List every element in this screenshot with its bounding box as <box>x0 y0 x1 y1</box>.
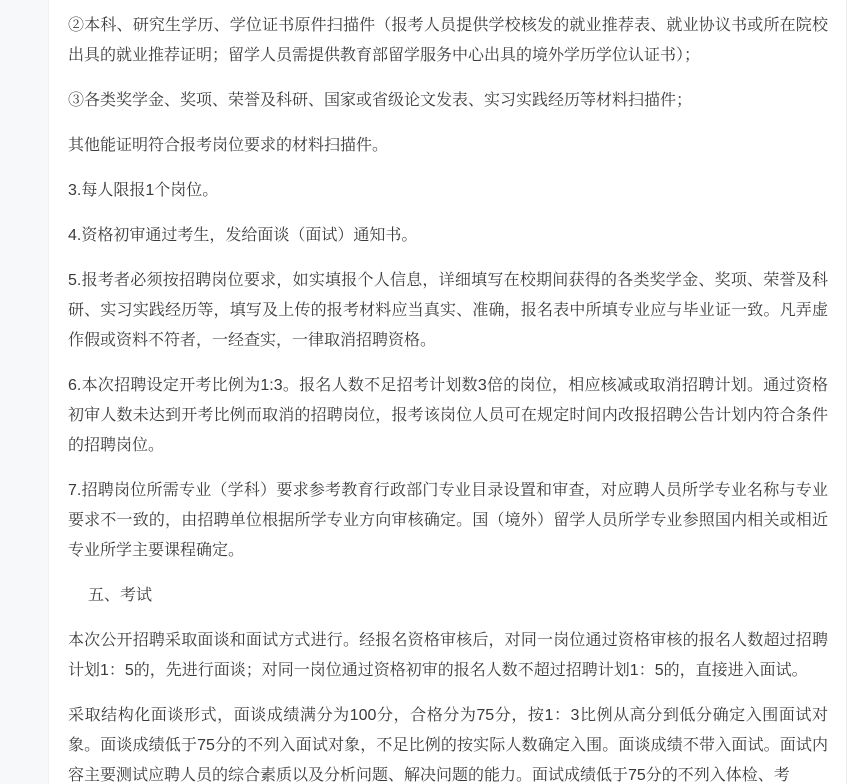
document-viewport: ②本科、研究生学历、学位证书原件扫描件（报考人员提供学校核发的就业推荐表、就业协… <box>0 0 853 784</box>
article-content: ②本科、研究生学历、学位证书原件扫描件（报考人员提供学校核发的就业推荐表、就业协… <box>49 0 853 784</box>
left-gutter <box>0 0 49 784</box>
paragraph-rule-3: 3.每人限报1个岗位。 <box>68 176 828 206</box>
paragraph-certificate-scans: ②本科、研究生学历、学位证书原件扫描件（报考人员提供学校核发的就业推荐表、就业协… <box>68 11 828 71</box>
paragraph-interview-scoring: 采取结构化面谈形式，面谈成绩满分为100分，合格分为75分，按1：3比例从高分到… <box>68 701 828 784</box>
recruitment-notice-article: ②本科、研究生学历、学位证书原件扫描件（报考人员提供学校核发的就业推荐表、就业协… <box>68 11 828 784</box>
paragraph-rule-6: 6.本次招聘设定开考比例为1:3。报名人数不足招考计划数3倍的岗位，相应核减或取… <box>68 371 828 461</box>
paragraph-other-materials: 其他能证明符合报考岗位要求的材料扫描件。 <box>68 131 828 161</box>
paragraph-rule-7: 7.招聘岗位所需专业（学科）要求参考教育行政部门专业目录设置和审查，对应聘人员所… <box>68 476 828 566</box>
paragraph-exam-process: 本次公开招聘采取面谈和面试方式进行。经报名资格审核后，对同一岗位通过资格审核的报… <box>68 626 828 686</box>
paragraph-rule-4: 4.资格初审通过考生，发给面谈（面试）通知书。 <box>68 221 828 251</box>
right-edge-divider <box>846 0 847 784</box>
paragraph-award-materials: ③各类奖学金、奖项、荣誉及科研、国家或省级论文发表、实习实践经历等材料扫描件； <box>68 86 828 116</box>
paragraph-rule-5: 5.报考者必须按招聘岗位要求，如实填报个人信息，详细填写在校期间获得的各类奖学金… <box>68 266 828 356</box>
section-heading-exam: 五、考试 <box>68 581 828 611</box>
